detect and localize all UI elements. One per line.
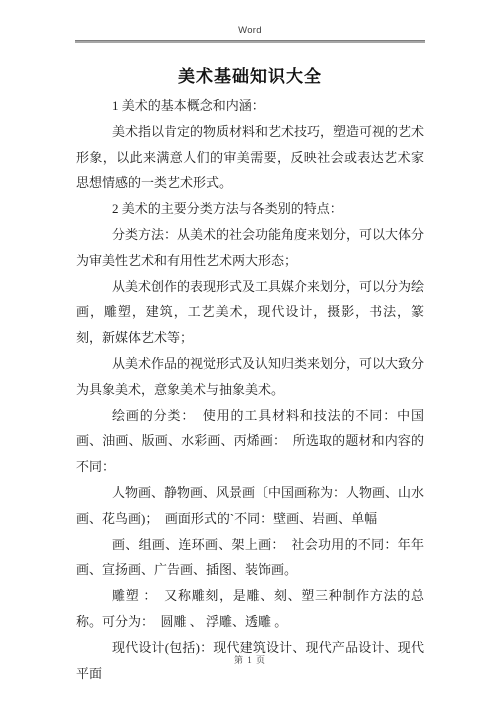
header-app-label: Word bbox=[75, 24, 425, 38]
document-title: 美术基础知识大全 bbox=[0, 62, 500, 87]
paragraph: 1 美术的基本概念和内涵： bbox=[76, 93, 424, 119]
paragraph: 从美术创作的表现形式及工具媒介来划分，可以分为绘画，雕塑，建筑，工艺美术，现代设… bbox=[76, 274, 424, 351]
paragraph: 2 美术的主要分类方法与各类别的特点： bbox=[76, 196, 424, 222]
paragraph: 美术指以肯定的物质材料和艺术技巧，塑造可视的艺术形象，以此来满意人们的审美需要，… bbox=[76, 119, 424, 196]
word-document-page: Word 美术基础知识大全 1 美术的基本概念和内涵：美术指以肯定的物质材料和艺… bbox=[0, 0, 500, 707]
document-body: 1 美术的基本概念和内涵：美术指以肯定的物质材料和艺术技巧，塑造可视的艺术形象，… bbox=[76, 93, 424, 686]
paragraph: 人物画、静物画、风景画〔中国画称为：人物画、山水画、花鸟画)； 画面形式的`不同… bbox=[76, 480, 424, 532]
page-footer: 第 1 页 bbox=[0, 653, 500, 666]
paragraph: 绘画的分类： 使用的工具材料和技法的不同：中国画、油画、版画、水彩画、丙烯画： … bbox=[76, 403, 424, 480]
header-divider bbox=[75, 40, 425, 43]
page-header: Word bbox=[75, 24, 425, 43]
paragraph: 分类方法：从美术的社会功能角度来划分，可以大体分为审美性艺术和有用性艺术两大形态… bbox=[76, 222, 424, 274]
paragraph: 画、组画、连环画、架上画： 社会功用的不同：年年画、宣扬画、广告画、插图、装饰画… bbox=[76, 532, 424, 584]
paragraph: 雕塑 ： 又称雕刻，是雕、刻、塑三种制作方法的总称。可分为： 圆雕 、 浮雕、透… bbox=[76, 583, 424, 635]
paragraph: 从美术作品的视觉形式及认知归类来划分，可以大致分为具象美术，意象美术与抽象美术。 bbox=[76, 351, 424, 403]
